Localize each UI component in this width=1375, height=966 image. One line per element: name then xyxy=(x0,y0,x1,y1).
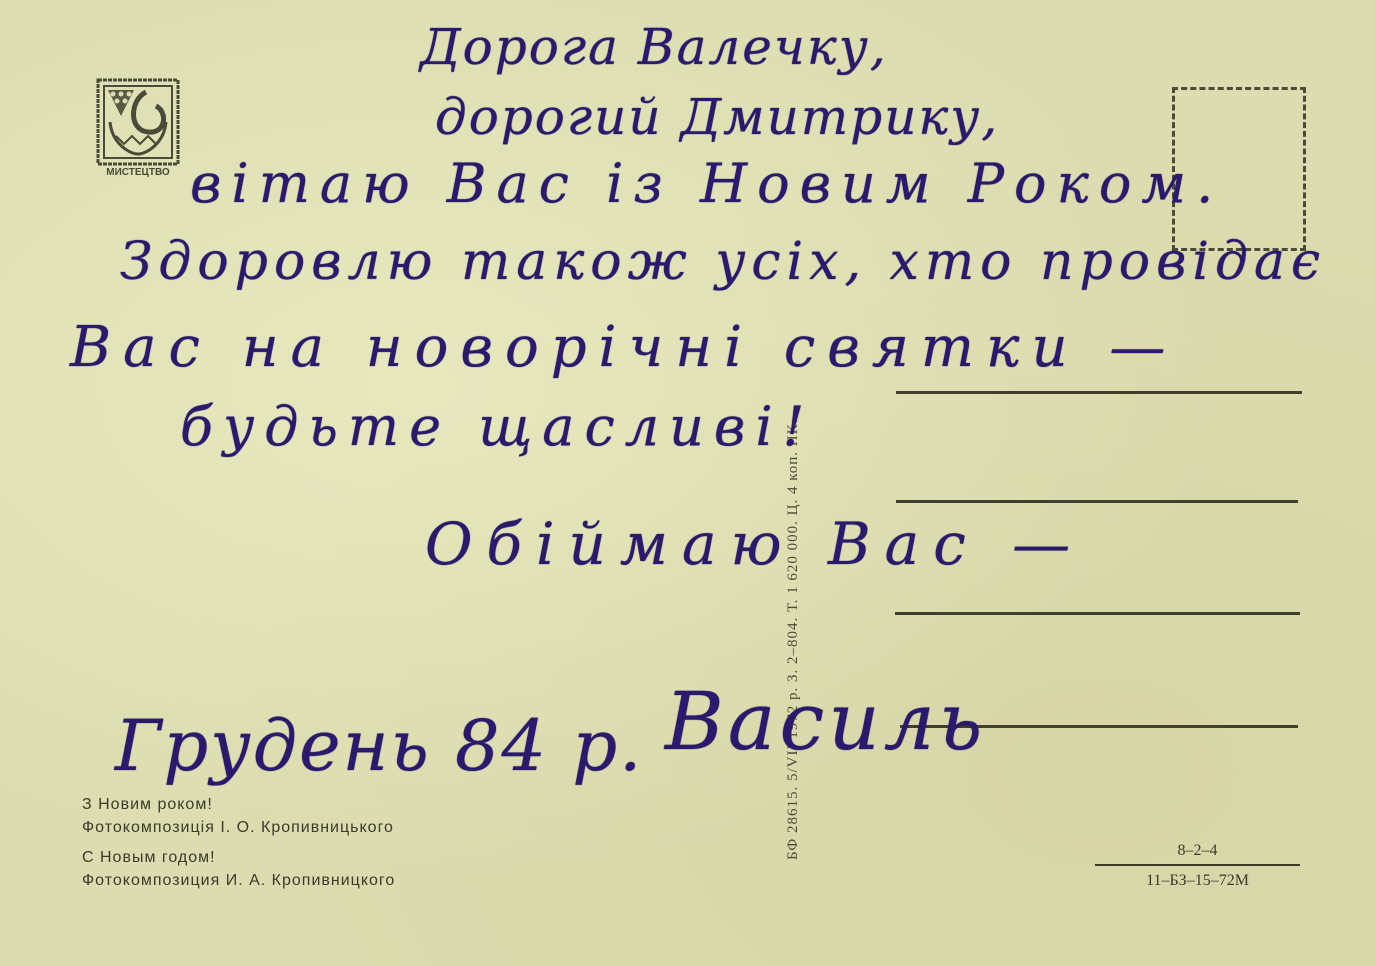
handwritten-line-6: будьте щасливі! xyxy=(180,395,814,458)
series-code-top: 8–2–4 xyxy=(1095,842,1300,860)
printer-imprint: БФ 28615. 5/VII 1972 р. З. 2–804. Т. 1 6… xyxy=(785,419,802,860)
handwritten-line-1: Дорога Валечку, xyxy=(420,18,888,76)
handwritten-line-3: вітаю Вас із Новим Роком. xyxy=(190,152,1223,215)
handwritten-line-4: Здоровлю також усіх, хто провідає xyxy=(120,232,1326,292)
handwritten-line-7: Обіймаю Вас — xyxy=(425,510,1084,578)
caption-ukrainian-greeting: З Новим роком! xyxy=(82,796,213,814)
series-code-divider xyxy=(1095,864,1300,866)
handwritten-line-5: Вас на новорічні святки — xyxy=(70,315,1177,380)
handwritten-date: Грудень 84 р. xyxy=(115,705,643,787)
address-line-1 xyxy=(896,391,1302,394)
postcard-back: МИСТЕЦТВО БФ 28615. 5/VII 1972 р. З. 2–8… xyxy=(0,0,1375,966)
series-code-bottom: 11–БЗ–15–72М xyxy=(1095,872,1300,890)
publisher-logo-label: МИСТЕЦТВО xyxy=(106,167,170,178)
handwritten-signature: Василь xyxy=(665,675,986,768)
address-line-2 xyxy=(896,500,1298,503)
series-code: 8–2–4 11–БЗ–15–72М xyxy=(1095,842,1300,890)
caption-ukrainian-credit: Фотокомпозиція І. О. Кропивницького xyxy=(82,819,394,837)
handwritten-line-2: дорогий Дмитрику, xyxy=(435,88,999,146)
caption-russian-credit: Фотокомпозиция И. А. Кропивницкого xyxy=(82,872,395,890)
address-line-3 xyxy=(895,612,1300,615)
caption-russian-greeting: С Новым годом! xyxy=(82,849,216,867)
publisher-logo-icon: МИСТЕЦТВО xyxy=(96,78,180,178)
